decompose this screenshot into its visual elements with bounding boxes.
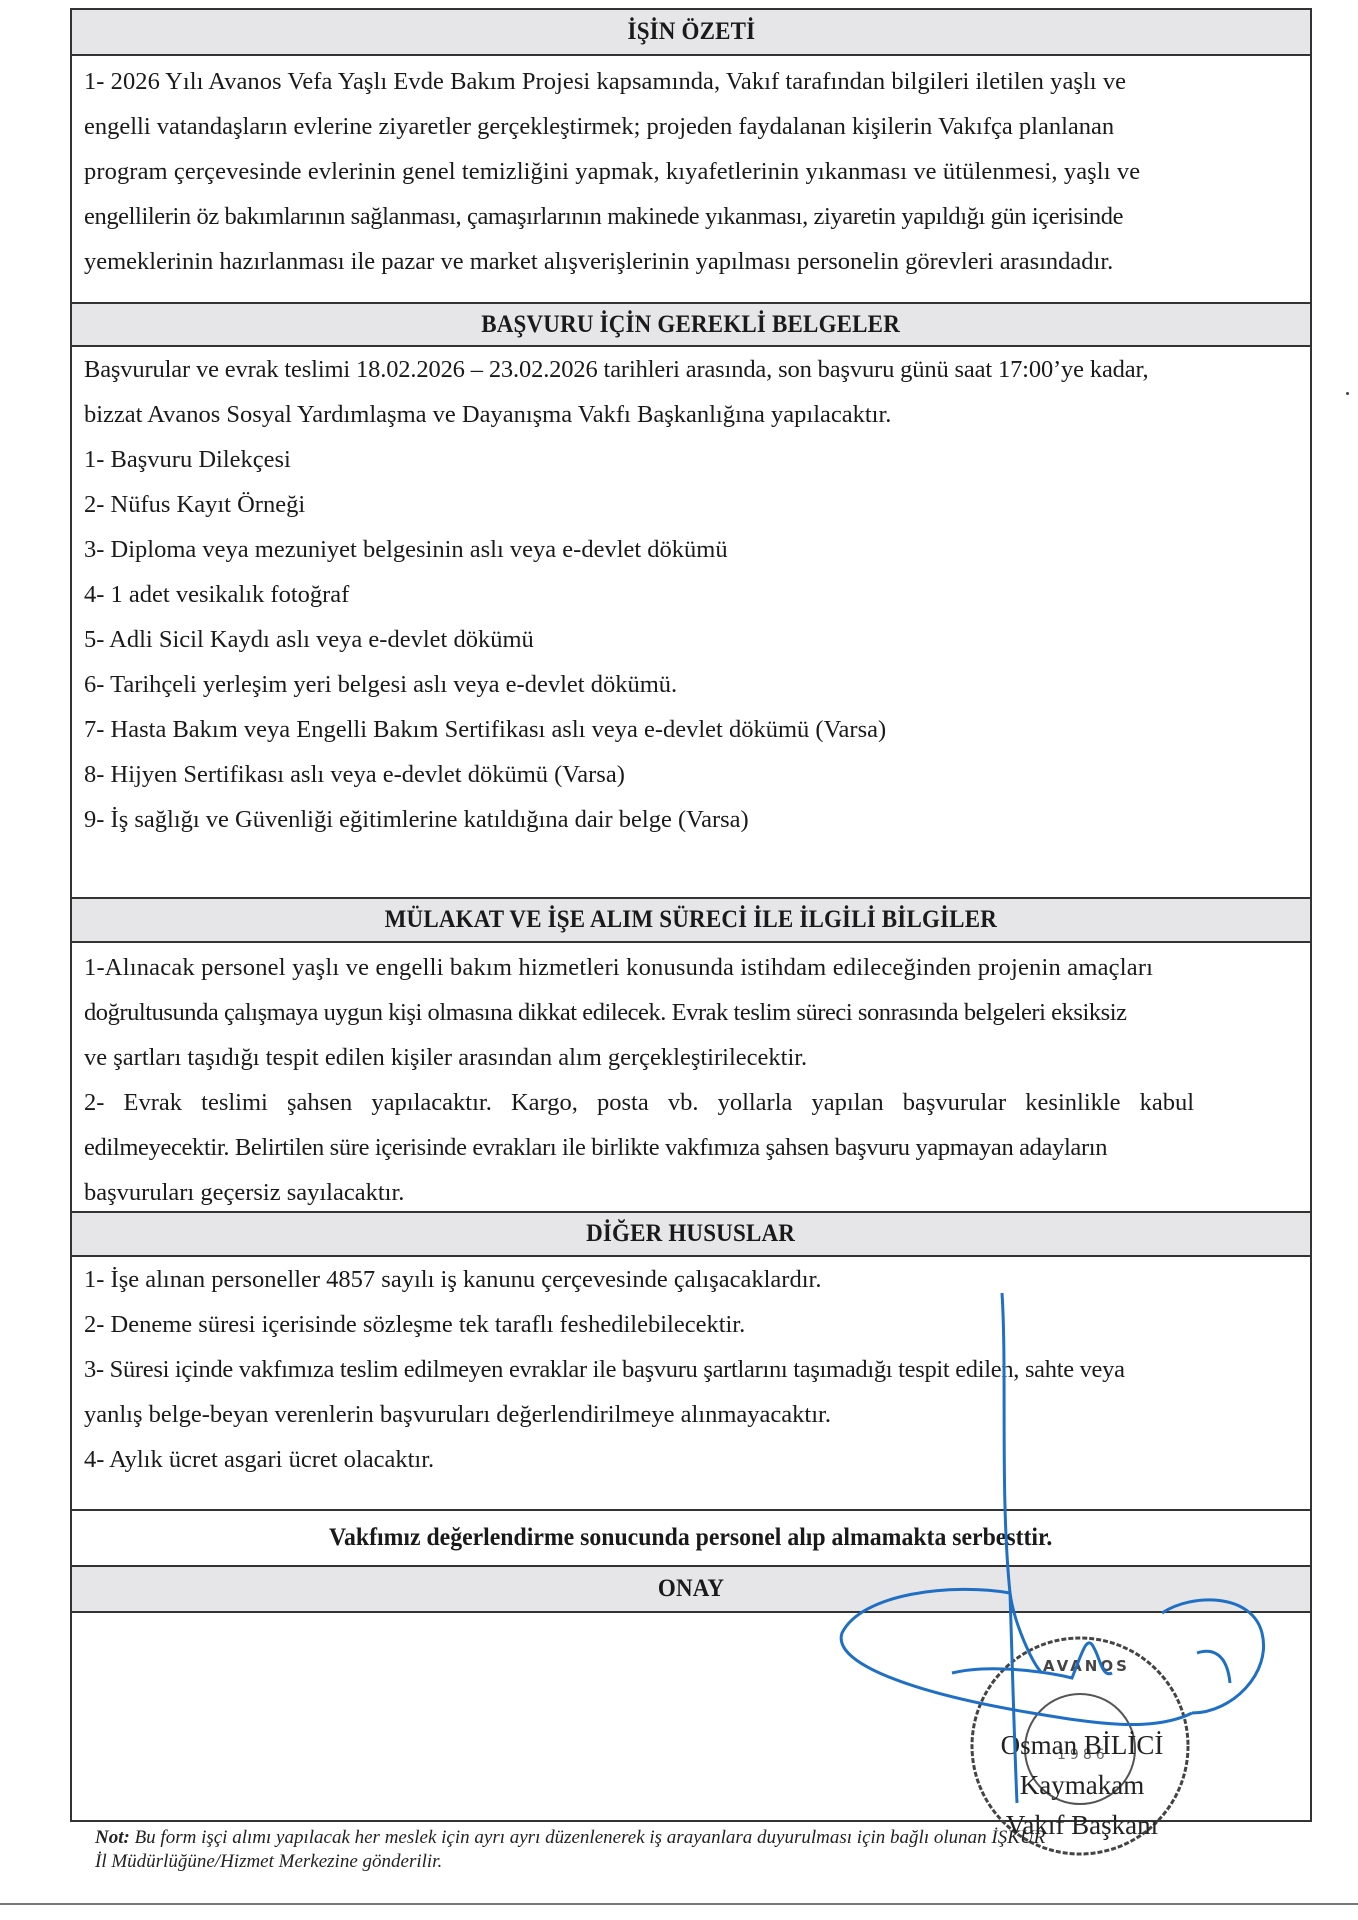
section-title: İŞİN ÖZETİ — [627, 18, 755, 46]
document-item: 3- Diploma veya mezuniyet belgesinin asl… — [84, 527, 1300, 572]
approval-area: AVANOS 1986 Osman BİLİCİ Kaymakam Vakıf … — [72, 1613, 1310, 1822]
text-line: ve şartları taşıdığı tespit edilen kişil… — [84, 1035, 1300, 1080]
note-text: Bu form işçi alımı yapılacak her meslek … — [130, 1827, 1045, 1848]
document-item: 4- 1 adet vesikalık fotoğraf — [84, 572, 1300, 617]
section-title: DİĞER HUSUSLAR — [587, 1220, 796, 1248]
document-item: 1- Başvuru Dilekçesi — [84, 437, 1300, 482]
section-title: BAŞVURU İÇİN GEREKLİ BELGELER — [482, 311, 901, 339]
text-line: engelli vatandaşların evlerine ziyaretle… — [84, 104, 1300, 149]
section-title: MÜLAKAT VE İŞE ALIM SÜRECİ İLE İLGİLİ Bİ… — [385, 906, 997, 934]
text-line: bizzat Avanos Sosyal Yardımlaşma ve Daya… — [84, 392, 1300, 437]
document-item: 9- İş sağlığı ve Güvenliği eğitimlerine … — [84, 797, 1300, 842]
document-item: 7- Hasta Bakım veya Engelli Bakım Sertif… — [84, 707, 1300, 752]
section-header-other: DİĞER HUSUSLAR — [72, 1211, 1310, 1257]
text-line: yemeklerinin hazırlanması ile pazar ve m… — [84, 239, 1300, 284]
footnote: Not: Bu form işçi alımı yapılacak her me… — [95, 1826, 1295, 1874]
text-line: edilmeyecektir. Belirtilen süre içerisin… — [84, 1125, 1300, 1170]
signature-icon — [832, 1293, 1292, 1813]
section-body-interview: 1-Alınacak personel yaşlı ve engelli bak… — [72, 943, 1310, 1211]
text-line: doğrultusunda çalışmaya uygun kişi olmas… — [84, 990, 1300, 1035]
text-line: 2- Evrak teslimi şahsen yapılacaktır. Ka… — [84, 1080, 1300, 1125]
section-title: ONAY — [658, 1575, 724, 1603]
document-item: 6- Tarihçeli yerleşim yeri belgesi aslı … — [84, 662, 1300, 707]
section-header-documents: BAŞVURU İÇİN GEREKLİ BELGELER — [72, 302, 1310, 347]
text-line: 1-Alınacak personel yaşlı ve engelli bak… — [84, 945, 1300, 990]
page-bottom-rule — [0, 1903, 1358, 1905]
document-item: 5- Adli Sicil Kaydı aslı veya e-devlet d… — [84, 617, 1300, 662]
text-line: program çerçevesinde evlerinin genel tem… — [84, 149, 1300, 194]
note-text-line2: İl Müdürlüğüne/Hizmet Merkezine gönderil… — [95, 1850, 1295, 1874]
section-header-summary: İŞİN ÖZETİ — [72, 8, 1310, 56]
text-line: 1- 2026 Yılı Avanos Vefa Yaşlı Evde Bakı… — [84, 59, 1300, 104]
section-body-documents: Başvurular ve evrak teslimi 18.02.2026 –… — [72, 347, 1310, 897]
document-item: 2- Nüfus Kayıt Örneği — [84, 482, 1300, 527]
job-announcement-form: İŞİN ÖZETİ 1- 2026 Yılı Avanos Vefa Yaşl… — [70, 8, 1312, 1822]
section-body-summary: 1- 2026 Yılı Avanos Vefa Yaşlı Evde Bakı… — [72, 56, 1310, 302]
document-item: 8- Hijyen Sertifikası aslı veya e-devlet… — [84, 752, 1300, 797]
text-line: başvuruları geçersiz sayılacaktır. — [84, 1170, 1300, 1215]
text-line: engellilerin öz bakımlarının sağlanması,… — [84, 194, 1300, 239]
text-line: Başvurular ve evrak teslimi 18.02.2026 –… — [84, 347, 1300, 392]
note-label: Not: — [95, 1827, 130, 1848]
section-header-interview: MÜLAKAT VE İŞE ALIM SÜRECİ İLE İLGİLİ Bİ… — [72, 897, 1310, 943]
scan-speck — [1346, 392, 1349, 395]
